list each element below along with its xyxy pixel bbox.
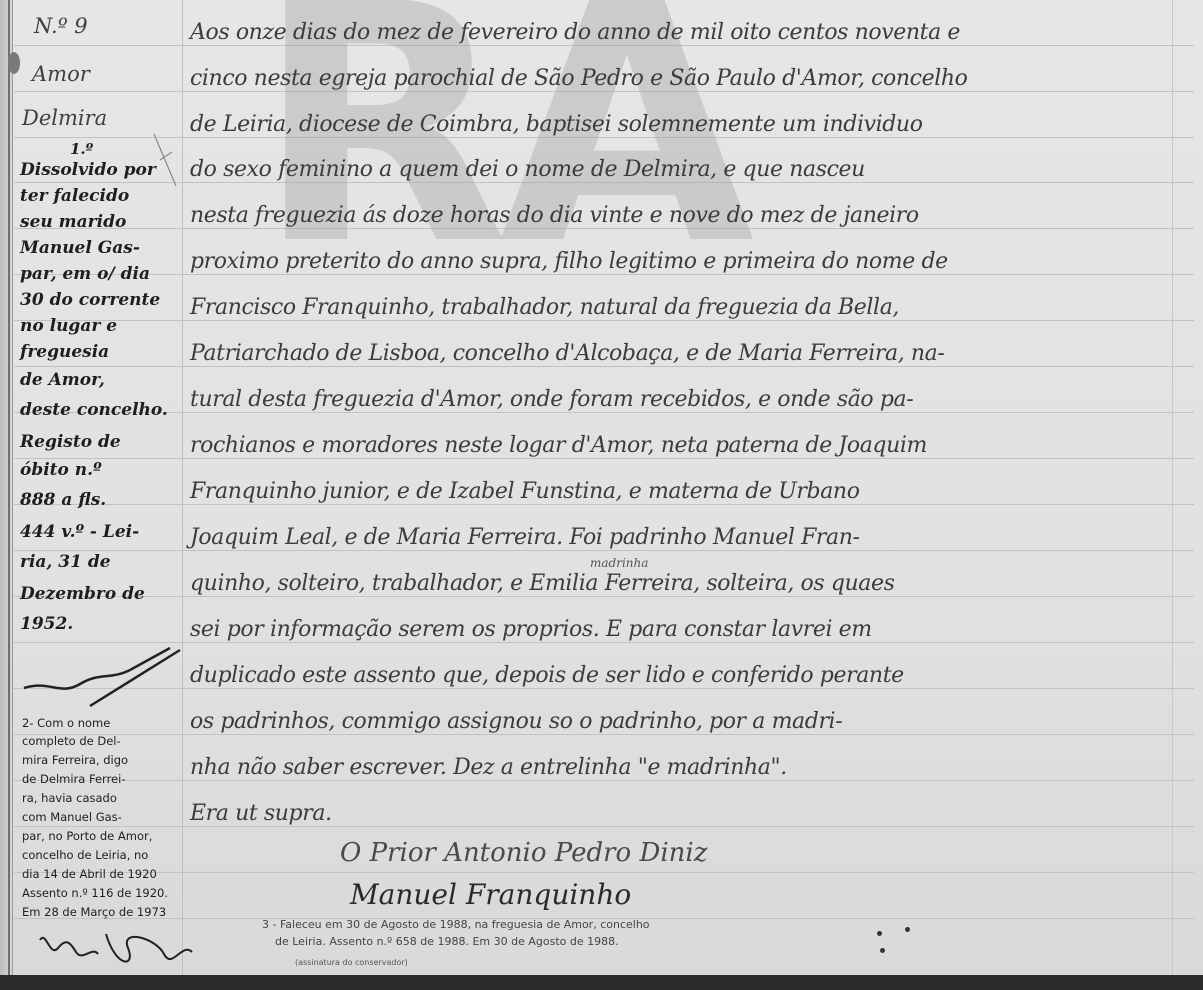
footnote-3-signature: (assinatura do conservador) xyxy=(295,958,408,967)
margin-note-line: par, no Porto de Amor, xyxy=(22,829,152,843)
margin-note-line: de Amor, xyxy=(20,370,105,390)
ruled-line xyxy=(14,274,1194,275)
body-line: de Leiria, diocese de Coimbra, baptisei … xyxy=(190,112,923,137)
margin-note-line: dia 14 de Abril de 1920 xyxy=(22,867,157,881)
footnote-3-line: de Leiria. Assento n.º 658 de 1988. Em 3… xyxy=(275,935,619,948)
margin-note-line: concelho de Leiria, no xyxy=(22,848,148,862)
ruled-line xyxy=(14,182,1194,183)
margin-note-line: Em 28 de Março de 1973 xyxy=(22,905,166,919)
binding-line xyxy=(8,0,10,975)
body-line: sei por informação serem os proprios. E … xyxy=(190,617,872,642)
ruled-line xyxy=(14,688,1194,689)
margin-note-line: ter falecido xyxy=(20,186,129,206)
margin-note-1-label: 1.º xyxy=(70,140,93,158)
body-line: Franquinho junior, e de Izabel Funstina,… xyxy=(190,479,860,504)
margin-note-line: 444 v.º - Lei- xyxy=(20,522,139,542)
margin-note-1-flourish xyxy=(20,640,190,710)
document-page: RA N.º 9 Amor Delmira 1.º Dissolvido por… xyxy=(0,0,1203,975)
body-line: Joaquim Leal, e de Maria Ferreira. Foi p… xyxy=(190,525,860,550)
ruled-line xyxy=(14,458,1194,459)
margin-note-line: Registo de xyxy=(20,432,121,452)
margin-note-line: Dezembro de xyxy=(20,584,145,604)
body-line: cinco nesta egreja parochial de São Pedr… xyxy=(190,66,967,91)
body-line: nha não saber escrever. Dez a entrelinha… xyxy=(190,755,787,780)
ruled-line xyxy=(14,642,1194,643)
body-line: Era ut supra. xyxy=(190,801,332,826)
ink-dot xyxy=(880,948,885,953)
body-line: Aos onze dias do mez de fevereiro do ann… xyxy=(190,20,960,45)
interlinear-insertion: madrinha xyxy=(590,556,648,570)
margin-note-line: Dissolvido por xyxy=(20,160,156,180)
binding-hole xyxy=(8,52,20,74)
record-number: N.º 9 xyxy=(34,14,88,38)
body-line: quinho, solteiro, trabalhador, e Emilia … xyxy=(190,571,895,596)
ruled-line xyxy=(14,734,1194,735)
body-line: os padrinhos, commigo assignou so o padr… xyxy=(190,709,842,734)
ruled-line xyxy=(14,228,1194,229)
body-line: Patriarchado de Lisboa, concelho d'Alcob… xyxy=(190,341,944,366)
ink-dot xyxy=(905,927,910,932)
margin-note-line: no lugar e xyxy=(20,316,117,336)
record-place: Amor xyxy=(32,62,90,86)
body-line: rochianos e moradores neste logar d'Amor… xyxy=(190,433,927,458)
body-line: proximo preterito do anno supra, filho l… xyxy=(190,249,948,274)
ruled-line xyxy=(14,550,1194,551)
priest-signature: O Prior Antonio Pedro Diniz xyxy=(340,838,707,868)
margin-note-line: seu marido xyxy=(20,212,126,232)
margin-note-line: óbito n.º xyxy=(20,460,102,480)
godfather-signature: Manuel Franquinho xyxy=(350,878,631,911)
body-line: do sexo feminino a quem dei o nome de De… xyxy=(190,157,865,182)
margin-note-line: Manuel Gas- xyxy=(20,238,140,258)
margin-note-line: ra, havia casado xyxy=(22,791,117,805)
margin-note-line: completo de Del- xyxy=(22,734,121,748)
ruled-line xyxy=(14,826,1194,827)
margin-rule xyxy=(182,0,183,975)
ruled-line xyxy=(14,596,1194,597)
margin-note-line: 30 do corrente xyxy=(20,290,160,310)
page-binding xyxy=(0,0,13,975)
body-line: Francisco Franquinho, trabalhador, natur… xyxy=(190,295,899,320)
margin-note-line: par, em o/ dia xyxy=(20,264,150,284)
margin-note-line: freguesia xyxy=(20,342,109,362)
body-line: tural desta freguezia d'Amor, onde foram… xyxy=(190,387,913,412)
ruled-line xyxy=(14,366,1194,367)
margin-note-line: 1952. xyxy=(20,614,73,634)
margin-note-line: de Delmira Ferrei- xyxy=(22,772,125,786)
margin-cross-mark xyxy=(150,130,180,190)
ruled-line xyxy=(14,45,1194,46)
margin-note-line: mira Ferreira, digo xyxy=(22,753,128,767)
ruled-line xyxy=(14,137,1194,138)
right-margin-rule xyxy=(1172,0,1173,975)
ruled-line xyxy=(14,780,1194,781)
scan-bottom-edge xyxy=(0,975,1203,990)
margin-note-line: com Manuel Gas- xyxy=(22,810,122,824)
margin-note-2-signature xyxy=(36,928,196,973)
margin-note-line: deste concelho. xyxy=(20,400,168,420)
footnote-3-line: 3 - Faleceu em 30 de Agosto de 1988, na … xyxy=(262,918,650,931)
margin-note-line: Assento n.º 116 de 1920. xyxy=(22,886,168,900)
body-line: nesta freguezia ás doze horas do dia vin… xyxy=(190,203,919,228)
ruled-line xyxy=(14,504,1194,505)
ruled-line xyxy=(14,91,1194,92)
ruled-line xyxy=(14,872,1194,873)
margin-note-line: 2- Com o nome xyxy=(22,716,110,730)
body-line: duplicado este assento que, depois de se… xyxy=(190,663,904,688)
ruled-line xyxy=(14,320,1194,321)
margin-note-line: 888 a fls. xyxy=(20,490,106,510)
record-name: Delmira xyxy=(22,106,107,130)
ink-dot xyxy=(877,931,882,936)
ruled-line xyxy=(14,412,1194,413)
margin-note-line: ria, 31 de xyxy=(20,552,111,572)
